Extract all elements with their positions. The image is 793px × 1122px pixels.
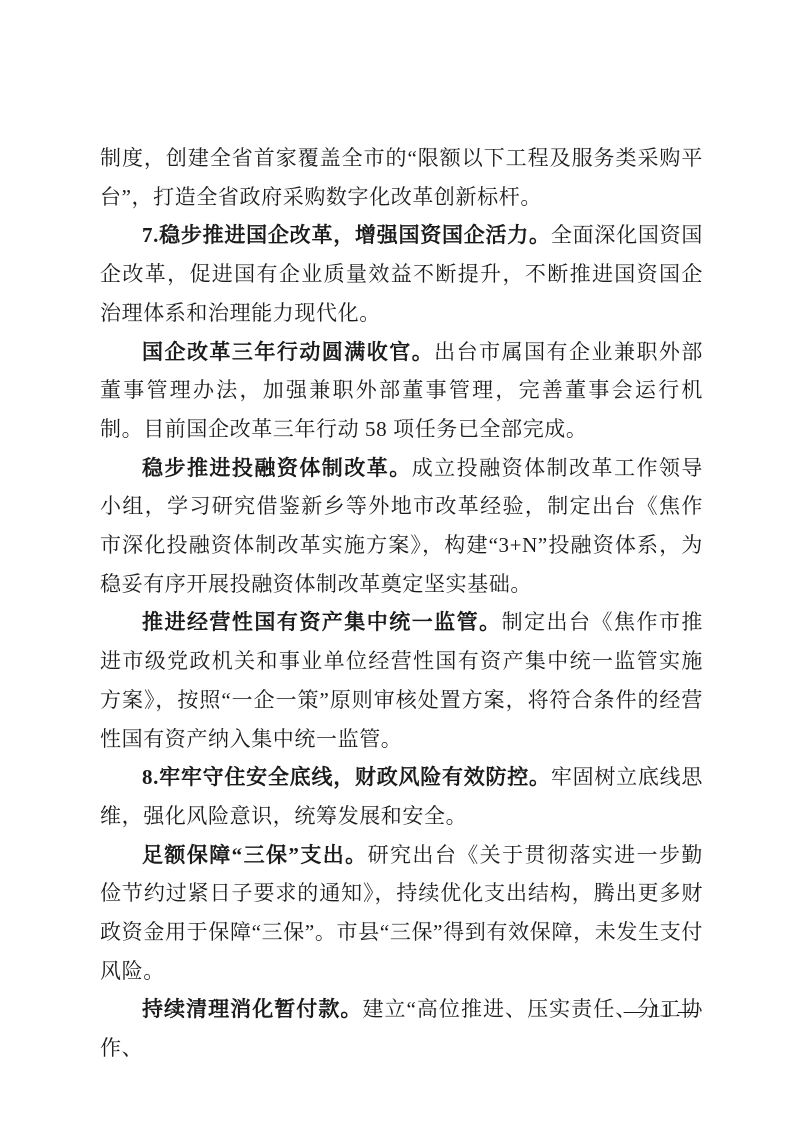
document-body: 制度，创建全省首家覆盖全市的“限额以下工程及服务类采购平台”，打造全省政府采购数…	[100, 139, 703, 1068]
paragraph-text: 制度，创建全省首家覆盖全市的“限额以下工程及服务类采购平台”，打造全省政府采购数…	[100, 146, 703, 209]
body-paragraph: 8.牢牢守住安全底线，财政风险有效防控。牢固树立底线思维，强化风险意识，统筹发展…	[100, 758, 703, 835]
body-paragraph: 足额保障“三保”支出。研究出台《关于贯彻落实进一步勤俭节约过紧日子要求的通知》，…	[100, 836, 703, 991]
body-paragraph: 推进经营性国有资产集中统一监管。制定出台《焦作市推进市级党政机关和事业单位经营性…	[100, 603, 703, 758]
paragraph-lead-bold: 持续清理消化暂付款。	[142, 997, 362, 1021]
paragraph-lead-bold: 8.牢牢守住安全底线，财政风险有效防控。	[142, 765, 551, 789]
paragraph-lead-bold: 国企改革三年行动圆满收官。	[142, 340, 434, 364]
page-number: — 11 —	[624, 1000, 699, 1023]
paragraph-lead-bold: 足额保障“三保”支出。	[142, 843, 368, 867]
paragraph-lead-bold: 推进经营性国有资产集中统一监管。	[142, 610, 502, 634]
body-paragraph: 7.稳步推进国企改革，增强国资国企活力。全面深化国资国企改革，促进国有企业质量效…	[100, 216, 703, 332]
body-paragraph: 国企改革三年行动圆满收官。出台市属国有企业兼职外部董事管理办法，加强兼职外部董事…	[100, 333, 703, 449]
body-paragraph: 稳步推进投融资体制改革。成立投融资体制改革工作领导小组，学习研究借鉴新乡等外地市…	[100, 449, 703, 604]
paragraph-lead-bold: 稳步推进投融资体制改革。	[142, 456, 412, 480]
body-paragraph: 制度，创建全省首家覆盖全市的“限额以下工程及服务类采购平台”，打造全省政府采购数…	[100, 139, 703, 216]
paragraph-lead-bold: 7.稳步推进国企改革，增强国资国企活力。	[142, 223, 551, 247]
body-paragraph: 持续清理消化暂付款。建立“高位推进、压实责任、分工协作、	[100, 990, 703, 1067]
document-page: 制度，创建全省首家覆盖全市的“限额以下工程及服务类采购平台”，打造全省政府采购数…	[0, 0, 793, 1122]
